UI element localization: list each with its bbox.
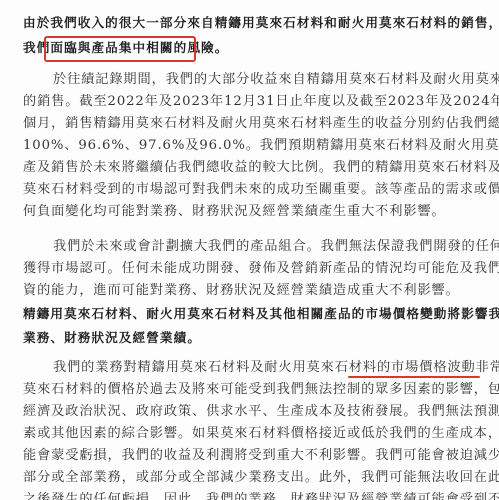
paragraph-1-line-6: 莫來石材料受到的市場認可對我們未來的成功至關重要。該等產品的需求或價格的任 (23, 182, 481, 198)
paragraph-1-line-3: 個月，銷售精鑄用莫來石材料及耐火用莫來石材料產生的收益分別約佔我們總收益的 (23, 116, 481, 132)
highlight-box-product-concentration-risk (44, 36, 196, 62)
heading-2-line-2: 業務、財務狀況及經營業績。 (23, 330, 481, 346)
paragraph-2-line-1: 我們於未來或會計劃擴大我們的產品組合。我們無法保證我們開發的任何產品將 (53, 239, 481, 255)
paragraph-1-line-5: 產及銷售於未來將繼續佔我們總收益的較大比例。我們的精鑄用莫來石材料及耐火用 (23, 160, 481, 176)
paragraph-1-line-1: 於往績記錄期間，我們的大部分收益來自精鑄用莫來石材料及耐火用莫來石材料 (53, 72, 481, 88)
paragraph-3-line-7: 之後發生的任何虧損。因此，我們的業務、財務狀況及經營業績可能會受到不利影響。 (23, 492, 481, 500)
paragraph-3-line-1: 我們的業務對精鑄用莫來石材料及耐火用莫來石材料的市場價格波動非常敏感。 (53, 360, 481, 376)
paragraph-3-line-2: 莫來石材料的價格於過去及將來可能受到我們無法控制的眾多因素的影響，包括全球 (23, 382, 481, 398)
paragraph-1-line-2: 的銷售。截至2022年及2023年12月31日止年度以及截至2023年及2024… (23, 94, 481, 110)
paragraph-1-line-7: 何負面變化均可能對業務、財務狀況及經營業績產生重大不利影響。 (23, 204, 481, 220)
underline-price-sensitivity (348, 376, 480, 378)
document-page: 由於我們收入的很大一部分來自精鑄用莫來石材料和耐火用莫來石材料的銷售，因此 我們… (0, 0, 499, 500)
paragraph-3-line-3: 經濟及政治狀況、政府政策、供求水平、生產成本及技術發展。我們無法預測有關因 (23, 404, 481, 420)
paragraph-3-line-6: 部分或全部業務，或部分或全部減少業務支出。此外，我們可能無法收回在此期間或 (23, 470, 481, 486)
paragraph-1-line-4: 100%、96.6%、97.6%及96.0%。我們預期精鑄用莫來石材料及耐火用莫… (23, 138, 481, 154)
paragraph-2-line-3: 資的能力，進而可能對業務、財務狀況及經營業績造成重大不利影響。 (23, 283, 481, 299)
paragraph-2-line-2: 獲得市場認可。任何未能成功開發、發佈及營銷新產品的情況均可能危及我們收回投 (23, 261, 481, 277)
heading-2-line-1: 精鑄用莫來石材料、耐火用莫來石材料及其他相關產品的市場價格變動將影響我們的 (23, 306, 481, 322)
heading-1-line-1: 由於我們收入的很大一部分來自精鑄用莫來石材料和耐火用莫來石材料的銷售，因此 (23, 15, 481, 31)
paragraph-3-line-5: 能會蒙受虧損，我們的收益及利潤將受到重大不利影響。我們可能會被迫減少或暫停 (23, 448, 481, 464)
paragraph-3-line-4: 素或其他因素的綜合影響。如果莫來石材料價格接近或低於我們的生產成本，我們可 (23, 426, 481, 442)
